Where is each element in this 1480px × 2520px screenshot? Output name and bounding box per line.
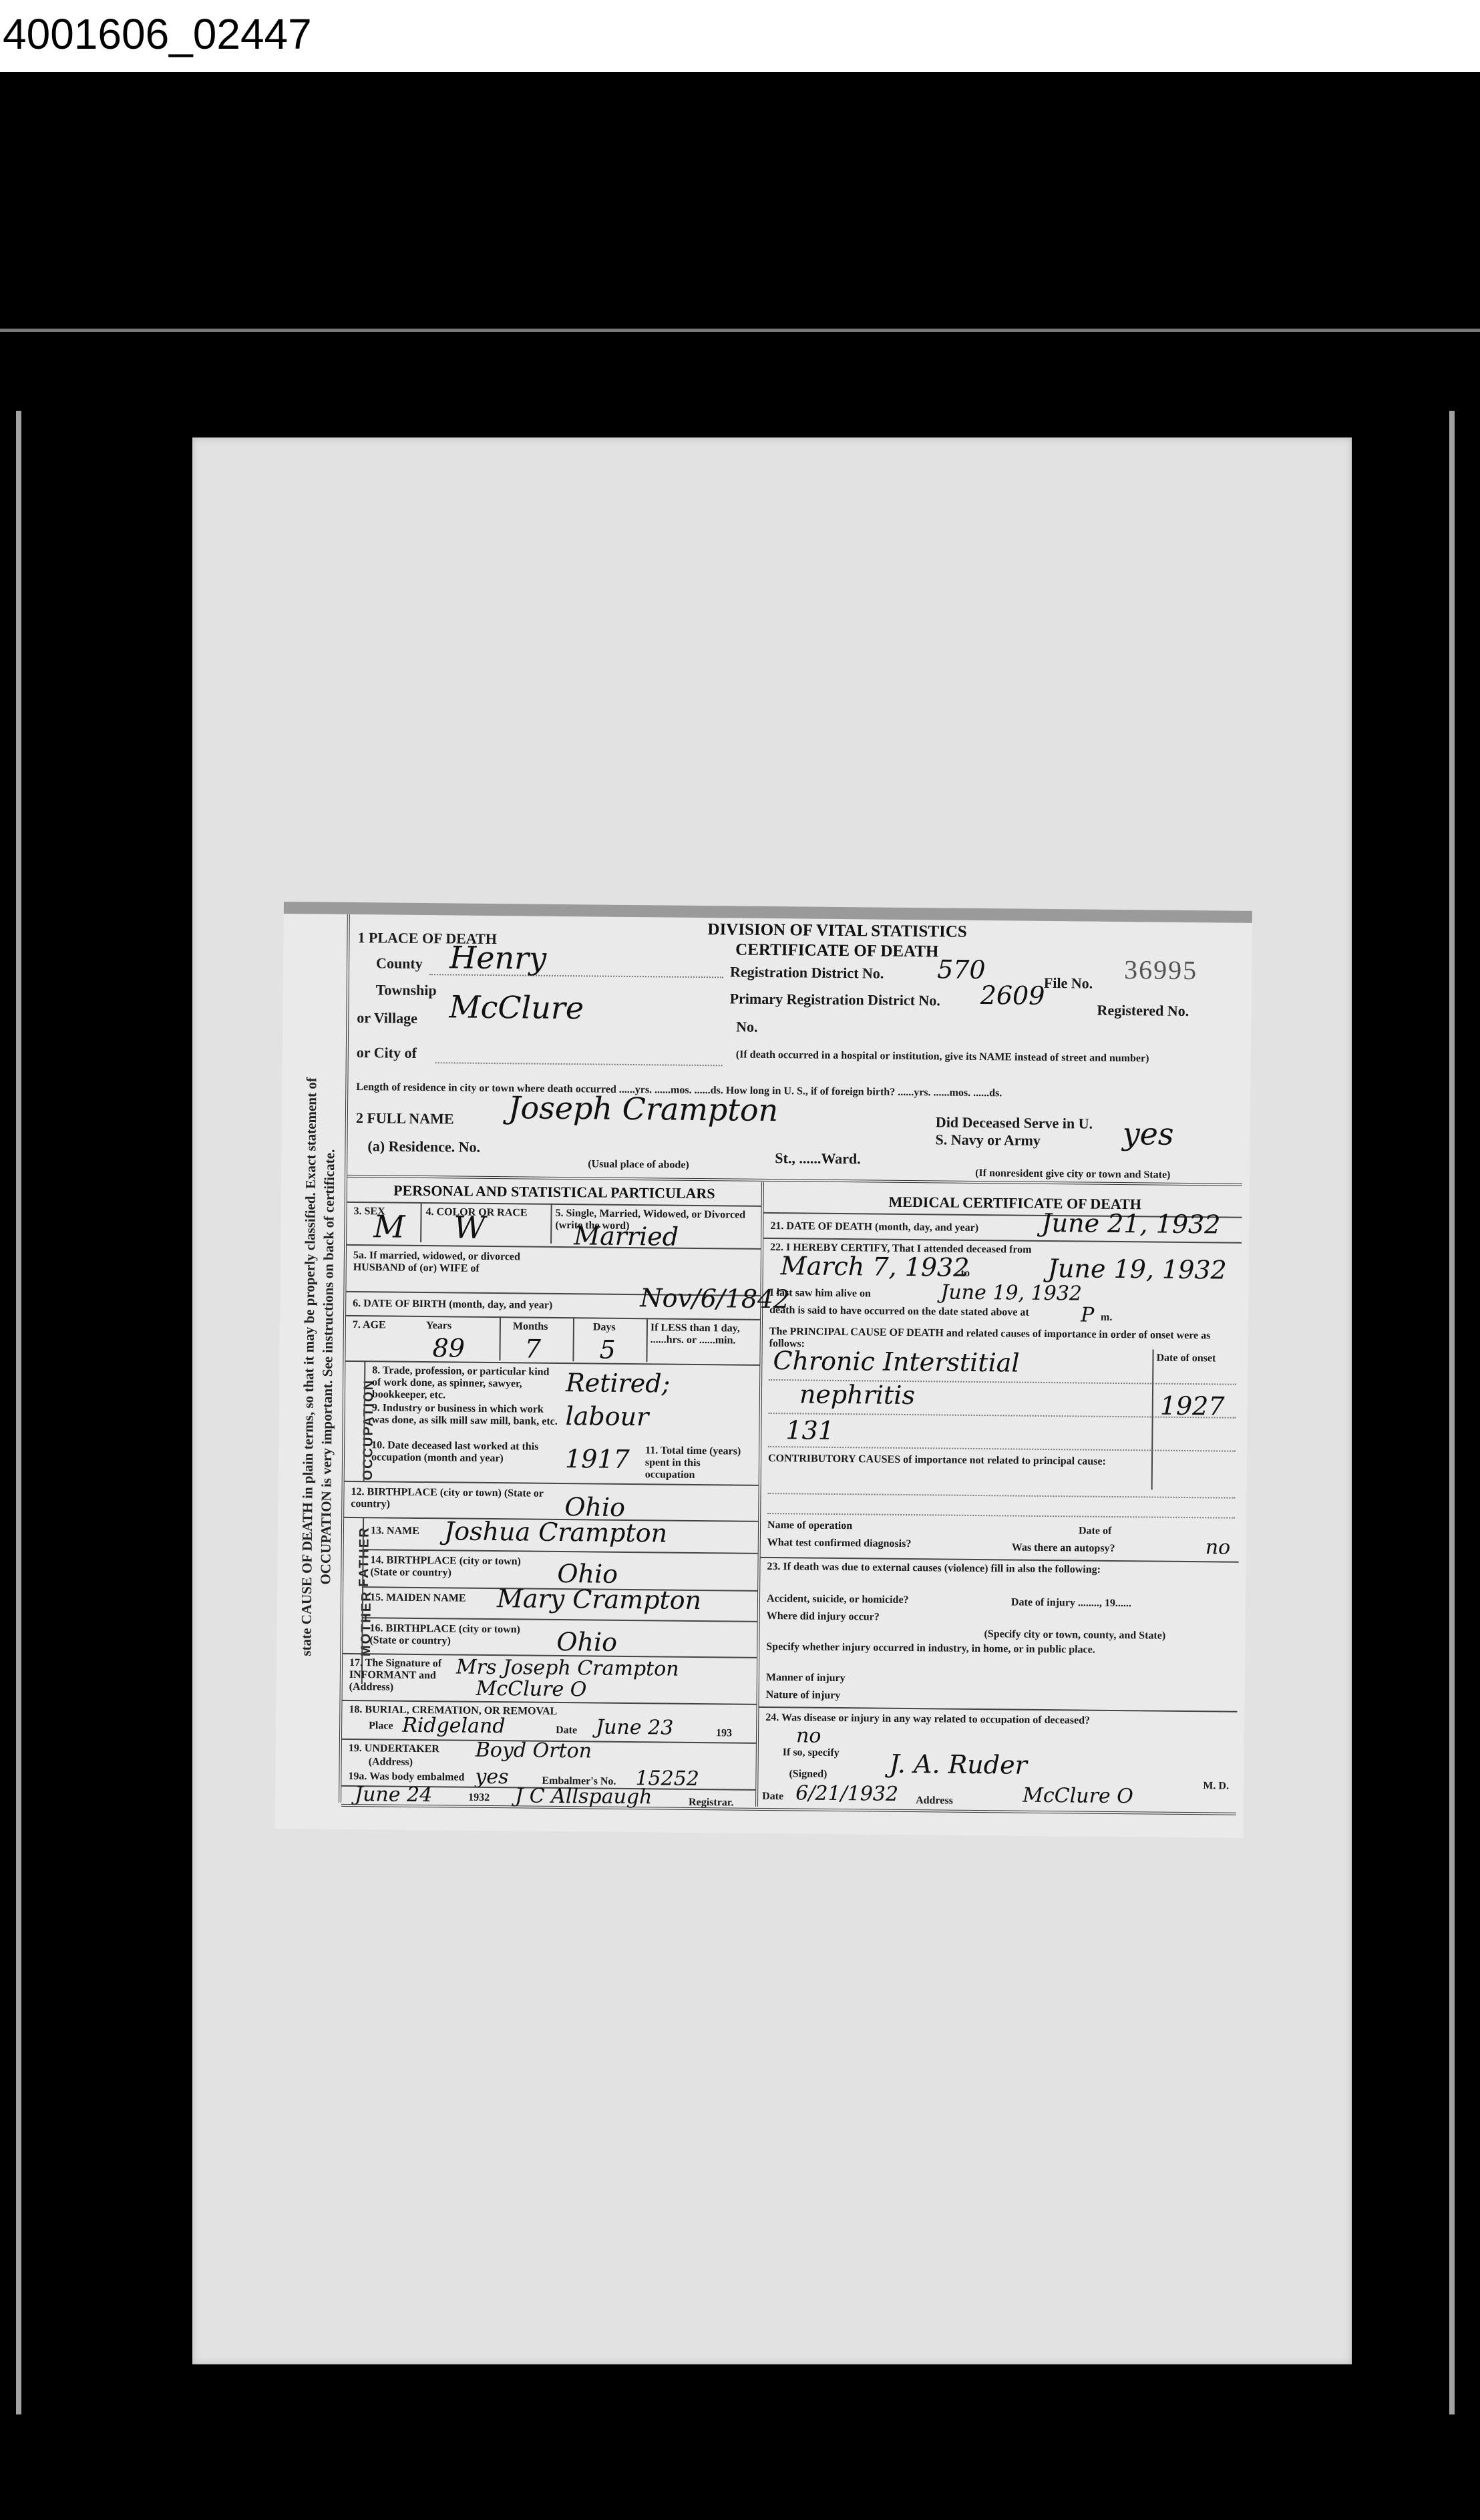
burial-place-label: Place [369,1720,393,1732]
film-edge-left [16,411,21,2414]
cause-line1: Chronic Interstitial [773,1346,1020,1378]
burial-date-label: Date [556,1725,577,1737]
death-certificate: state CAUSE OF DEATH in plain terms, so … [275,902,1252,1838]
abode-note: (Usual place of abode) [588,1158,689,1171]
father-birthplace-label: 14. BIRTHPLACE (city or town) (State or … [370,1554,544,1580]
mother-maiden-value: Mary Crampton [497,1584,702,1615]
scan-divider [0,329,1480,332]
dob-value: Nov/6/1842 [640,1283,790,1314]
no-label: No. [736,1019,758,1036]
attended-to-value: June 19, 1932 [1048,1254,1227,1285]
external-label: 23. If death was due to external causes … [767,1561,1234,1578]
last-worked-label: 10. Date deceased last worked at this oc… [371,1439,558,1465]
autopsy-label: Was there an autopsy? [1012,1542,1115,1555]
manner-label: Manner of injury [766,1672,846,1684]
days-value: 5 [599,1335,616,1365]
time-suffix: m. [1101,1312,1113,1324]
operation-date-label: Date of [1079,1525,1111,1537]
hospital-note: (If death occurred in a hospital or inst… [736,1049,1230,1066]
nature-label: Nature of injury [766,1689,841,1702]
age-label: 7. AGE [353,1319,386,1331]
county-label: County [376,954,423,972]
cause-code: 131 [785,1415,834,1445]
if-so-label: If so, specify [783,1747,840,1759]
less-than-label: If LESS than 1 day, ......hrs. or ......… [651,1322,757,1347]
informant-address: McClure O [476,1677,587,1702]
operation-label: Name of operation [767,1519,852,1532]
file-no-label: File No. [1044,974,1093,993]
last-saw-label: I last saw him alive on [769,1287,871,1300]
time-value: P [1081,1303,1095,1326]
attended-from-value: March 7, 1932 [781,1251,970,1282]
mother-maiden-label: 15. MAIDEN NAME [370,1592,466,1604]
side-instructions: state CAUSE OF DEATH in plain terms, so … [281,920,343,1816]
film-edge-right [1449,411,1455,2414]
father-name-value: Joshua Crampton [444,1516,668,1548]
date-of-death-label: 21. DATE OF DEATH (month, day, and year) [770,1220,978,1234]
years-label: Years [426,1320,451,1332]
specify-where: Specify whether injury occurred in indus… [766,1641,1095,1656]
informant-label: 17. The Signature of INFORMANT and (Addr… [349,1657,450,1694]
registered-no-label: Registered No. [1097,1002,1189,1020]
date-label: Date [762,1791,783,1803]
contributory-label: CONTRIBUTORY CAUSES of importance not re… [768,1453,1142,1468]
test-label: What test confirmed diagnosis? [767,1537,912,1550]
county-value: Henry [449,939,546,976]
physician-address: McClure O [1023,1784,1133,1809]
days-label: Days [593,1321,616,1333]
dob-label: 6. DATE OF BIRTH (month, day, and year) [353,1298,552,1312]
served-label: Did Deceased Serve in U. S. Navy or Army [935,1113,1102,1149]
image-id-label: 4001606_02447 [3,9,312,59]
industry-value: labour [565,1401,649,1431]
sex-value: M [373,1208,405,1244]
village-label: or Village [357,1009,417,1027]
signed-label: (Signed) [789,1768,827,1781]
certificate-title: CERTIFICATE OF DEATH [723,940,950,961]
months-label: Months [513,1320,548,1333]
reg-district-label: Registration District No. [730,963,884,982]
color-value: W [453,1209,486,1245]
full-name-label: 2 FULL NAME [356,1109,454,1127]
burial-date-value: June 23 [596,1716,673,1740]
accident-label: Accident, suicide, or homicide? [767,1593,909,1606]
years-value: 89 [432,1333,465,1363]
personal-heading: PERSONAL AND STATISTICAL PARTICULARS [367,1182,741,1202]
onset-header: Date of onset [1156,1353,1216,1365]
trade-label: 8. Trade, profession, or particular kind… [372,1365,560,1403]
primary-district-label: Primary Registration District No. [730,990,940,1009]
cause-line2: nephritis [799,1379,915,1410]
md-label: M. D. [1203,1780,1229,1792]
last-worked-value: 1917 [565,1444,630,1474]
undertaker-label: 19. UNDERTAKER [349,1743,439,1755]
township-label: Township [376,981,437,999]
occupational-value: no [796,1724,821,1747]
autopsy-value: no [1206,1536,1231,1559]
total-time-label: 11. Total time (years) spent in this occ… [645,1445,753,1482]
physician-signature: J. A. Ruder [889,1749,1027,1780]
village-value: McClure [449,988,584,1026]
filed-year: 1932 [468,1792,490,1804]
trade-value: Retired; [566,1368,671,1398]
embalmed-label: 19a. Was body embalmed [348,1771,464,1784]
division-heading: DIVISION OF VITAL STATISTICS [697,920,977,942]
city-label: or City of [357,1044,417,1062]
served-value: yes [1122,1115,1173,1152]
st-ward: St., ......Ward. [775,1149,861,1167]
death-said-label: death is said to have occurred on the da… [769,1304,1157,1320]
address-label: Address [916,1795,953,1807]
father-name-label: 13. NAME [371,1525,419,1538]
to-label: to [961,1268,970,1280]
primary-district-value: 2609 [980,980,1045,1011]
filed-date: June 24 [355,1783,432,1807]
image-title-bar: 4001606_02447 [0,0,1480,72]
mother-birthplace-label: 16. BIRTHPLACE (city or town) (State or … [369,1622,543,1648]
certificate-form: DIVISION OF VITAL STATISTICS CERTIFICATE… [339,914,1245,1811]
date-of-death-value: June 21, 1932 [1041,1208,1220,1240]
injury-date-label: Date of injury ........, 19...... [1011,1597,1131,1610]
where-label: Where did injury occur? [767,1610,880,1624]
undertaker-value: Boyd Orton [476,1739,592,1763]
specify-note: (Specify city or town, county, and State… [984,1628,1165,1642]
embalmed-value: yes [475,1765,508,1789]
months-value: 7 [524,1334,541,1363]
full-name-value: Joseph Crampton [508,1089,779,1128]
burial-year: 193 [716,1727,732,1739]
nonresident-note: (If nonresident give city or town and St… [975,1167,1170,1182]
residence-label: (a) Residence. No. [367,1137,480,1156]
last-saw-value: June 19, 1932 [940,1280,1082,1305]
birthplace-label: 12. BIRTHPLACE (city or town) (State or … [351,1486,551,1512]
industry-label: 9. Industry or business in which work wa… [371,1402,558,1428]
reg-district-value: 570 [937,954,986,984]
date-value: 6/21/1932 [795,1781,898,1805]
file-no-stamp: 36995 [1124,954,1197,986]
spouse-label: 5a. If married, widowed, or divorced HUS… [353,1250,527,1275]
undertaker-address-label: (Address) [369,1756,413,1769]
burial-place-value: Ridgeland [402,1714,506,1738]
mother-birthplace-value: Ohio [556,1627,617,1657]
